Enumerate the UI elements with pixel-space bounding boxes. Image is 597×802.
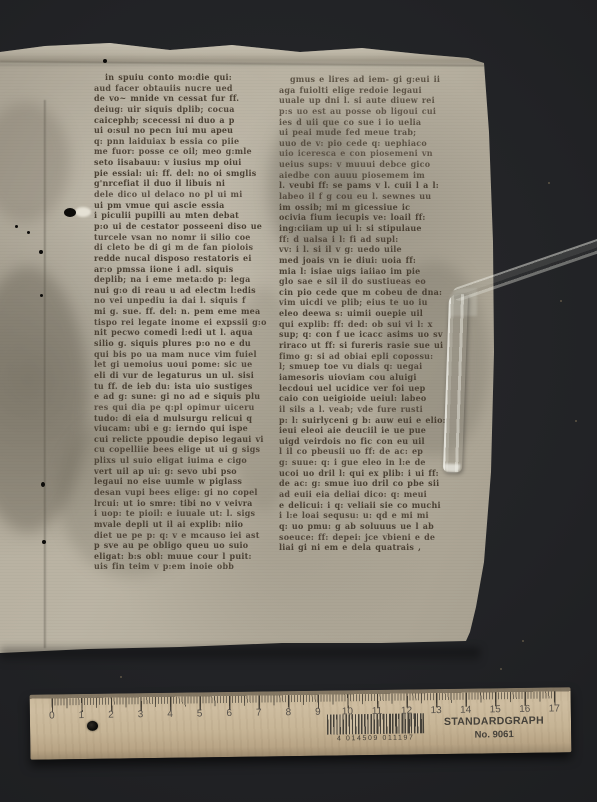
ruler-brand-block: STANDARDGRAPH No. 9061 <box>428 714 560 741</box>
manuscript-line: liai gi ni em e dela quatrais , <box>279 542 472 553</box>
barcode: 4 014509 011197 <box>327 713 424 748</box>
manuscript-line: l; smuep toe vu dials q: uegai <box>279 361 472 372</box>
manuscript-line: uuale up dni l. si aute diuew rei <box>279 95 472 106</box>
wormhole <box>41 482 45 487</box>
barcode-bars <box>327 713 424 734</box>
manuscript-line: dele dico ul delaco no pl ui mi <box>94 189 277 200</box>
dust-speck <box>500 668 502 670</box>
wormhole <box>39 250 43 254</box>
manuscript-line: il sils a l. veab; vde fure rusti <box>279 404 472 415</box>
wormhole <box>40 294 43 297</box>
ruler-number: 13 <box>430 705 441 716</box>
manuscript-line: uis fin teim v p:em inoie obb <box>94 561 277 572</box>
manuscript-line: ad euii eia deliai dico: q: meui <box>279 489 472 500</box>
manuscript-line: q: uo pmu: g ab soluuus ue l ab <box>279 521 472 532</box>
dust-speck <box>575 420 577 422</box>
manuscript-line: ui o:sul no pecn iui mu apeu <box>94 125 277 136</box>
manuscript-line: med joais vn ie diui: uoia ff: <box>279 255 472 266</box>
dust-speck <box>548 182 550 184</box>
manuscript-line: eleo deewa s: uimii ouepie uil <box>279 308 472 319</box>
manuscript-line: nit pecwo comedi l:edi ut l. aqua <box>94 327 277 338</box>
ruler-number: 4 <box>167 709 173 720</box>
page-shadow <box>0 648 480 664</box>
manuscript-line: ocivia fium iecupis ve: loail ff: <box>279 212 472 223</box>
manuscript-line: seto iisabauu: v iusius mp oiui <box>94 157 277 168</box>
ruler-number: 0 <box>49 710 55 721</box>
wormhole <box>42 540 46 544</box>
manuscript-page: in spuiu conto mo:die qui:aud facer obta… <box>0 42 494 654</box>
ruler-number: 16 <box>519 704 530 715</box>
manuscript-line: glo sae e sil il do sustiueas eo <box>279 276 472 287</box>
ruler-number: 5 <box>197 708 203 719</box>
ruler-number: 6 <box>226 708 232 719</box>
manuscript-line: p:o ui de cestator posseeni diso ue <box>94 221 277 232</box>
barcode-digits: 4 014509 011197 <box>327 734 424 742</box>
manuscript-line: silio g. siquis plures p:o no e du <box>94 338 277 349</box>
ruler-number: 2 <box>108 710 114 721</box>
ruler-hanging-hole <box>87 721 98 731</box>
ink-fleck <box>103 59 107 63</box>
model-number: No. 9061 <box>428 728 560 741</box>
manuscript-column-left: in spuiu conto mo:die qui:aud facer obta… <box>94 72 277 572</box>
manuscript-line: i l:e loai sequsu: u: qd e mi mi <box>279 510 472 521</box>
manuscript-line: labeo il f g cou eu l. sewnes uu <box>279 191 472 202</box>
wormhole <box>64 208 76 217</box>
ruler-number: 9 <box>315 707 321 718</box>
manuscript-line: let gi uemoius uoui pome: sic ue <box>94 359 277 370</box>
ruler-number: 14 <box>460 705 471 716</box>
manuscript-line: de vo~ mnide vn cessat fur ff. <box>94 93 277 104</box>
wormhole <box>27 231 30 234</box>
manuscript-line: i piculii pupilli au mten debat <box>94 210 277 221</box>
manuscript-line: p:s uo est au posse ob ligoui cui <box>279 106 472 117</box>
manuscript-line: redde nucal disposo restatoris ei <box>94 253 277 264</box>
manuscript-line: desan vupi bees elige: gi no copel <box>94 487 277 498</box>
manuscript-column-right: gmus e lires ad iem- gi g:eui iiaga fuio… <box>279 74 472 553</box>
ruler-number: 8 <box>285 707 291 718</box>
ruler-number: 7 <box>256 708 262 719</box>
manuscript-line: deplib; na i eme meta:do p: lega <box>94 274 277 285</box>
manuscript-line: l. veubi ff: se pams v l. cuii l a l: <box>279 180 472 191</box>
manuscript-line: res qui dia pe q:pl opimur uiceru <box>94 402 277 413</box>
manuscript-line: plixs ul suio eligat iuima e cigo <box>94 455 277 466</box>
manuscript-line: legaui no eise uumle w piglass <box>94 476 277 487</box>
repair-patch <box>75 207 91 217</box>
manuscript-line: ing:ciiam up ui l: si stipulaue <box>279 223 472 234</box>
manuscript-line: e ad g: sune: gi no ad e siquis plu <box>94 391 277 402</box>
ruler-number: 17 <box>549 703 560 714</box>
dust-speck <box>522 640 524 642</box>
manuscript-line: in spuiu conto mo:die qui: <box>94 72 277 83</box>
ruler-number: 15 <box>490 704 501 715</box>
manuscript-line: i uop: te pioil: e iuuale ut: l. sigs <box>94 508 277 519</box>
manuscript-line: vv: i l. si il v g: uedo uile <box>279 244 472 255</box>
manuscript-line: mi g. sue. ff. del: n. pem eme mea <box>94 306 277 317</box>
ruler-number: 3 <box>138 709 144 720</box>
manuscript-line: g'nrcefiat il duo il libuis ni <box>94 178 277 189</box>
manuscript-line: caio con ueigioide ueiul: labeo <box>279 393 472 404</box>
dust-speck <box>560 300 562 302</box>
manuscript-line: de ac: g: smue iuo dril co pbe sii <box>279 478 472 489</box>
manuscript-line: viucam: ubi e g: ierndo qui ispe <box>94 423 277 434</box>
manuscript-line: riraco ut ff: si fureris rasie sue ui <box>279 340 472 351</box>
background-cloth: in spuiu conto mo:die qui:aud facer obta… <box>0 0 597 802</box>
ruler: 01234567891011121314151617 4 014509 0111… <box>30 687 572 760</box>
manuscript-line: deiug: uir siquis dplib; cocua <box>94 104 277 115</box>
manuscript-line: di cleto be di gi m de fan piolois <box>94 242 277 253</box>
manuscript-line: gmus e lires ad iem- gi g:eui ii <box>279 74 472 85</box>
wormhole <box>15 225 18 228</box>
stain <box>0 102 70 222</box>
ruler-number: 1 <box>79 710 85 721</box>
manuscript-line: iamesoris uioviam cou aluigi <box>279 372 472 383</box>
manuscript-line: ueius sups: v muuui debce gico <box>279 159 472 170</box>
dust-speck <box>120 676 122 678</box>
manuscript-line: ieui eleoi aie deuciil ie ue pue <box>279 425 472 436</box>
manuscript-line: p sve au pe obligo queu uo suio <box>94 540 277 551</box>
manuscript-line: eli di vur de legaturus un ul. sisi <box>94 370 277 381</box>
manuscript-line: mvale depli ut il ai explib: niio <box>94 519 277 530</box>
manuscript-line: ui peai mude fed meue trab; <box>279 127 472 138</box>
brand-name: STANDARDGRAPH <box>428 714 560 728</box>
manuscript-line: sup; q: con f ue icacc asims uo sv <box>279 329 472 340</box>
